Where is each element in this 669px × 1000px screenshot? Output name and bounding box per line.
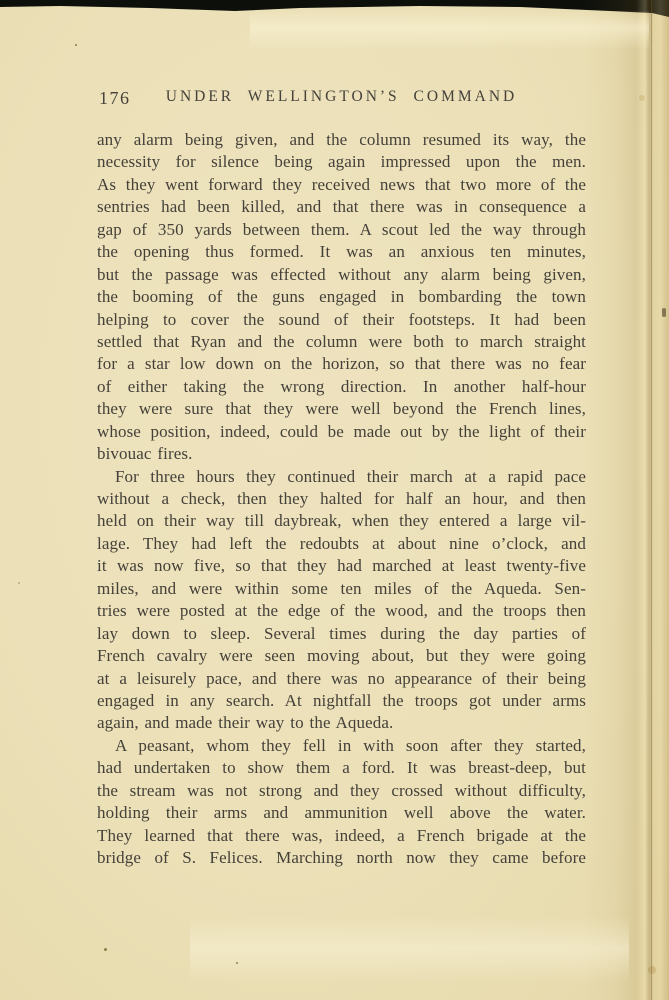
text-line: bridge of S. Felices. Marching north now… xyxy=(97,847,586,869)
text-line: the stream was not strong and they cross… xyxy=(97,780,586,802)
foxing-speck xyxy=(648,966,656,974)
text-line: had undertaken to show them a ford. It w… xyxy=(97,757,586,779)
foxing-speck xyxy=(18,582,20,584)
text-line: lage. They had left the redoubts at abou… xyxy=(97,533,586,555)
text-line: gap of 350 yards between them. A scout l… xyxy=(97,219,586,241)
text-line: they were sure that they were well beyon… xyxy=(97,398,586,420)
text-line: at a leisurely pace, and there was no ap… xyxy=(97,668,586,690)
running-title: UNDER WELLINGTON’S COMMAND xyxy=(166,88,517,105)
foxing-speck xyxy=(75,44,77,46)
page-edge-shadow xyxy=(583,0,669,1000)
text-line: of either taking the wrong direction. In… xyxy=(97,376,586,398)
paragraph: For three hours they continued their mar… xyxy=(97,466,586,735)
foxing-speck xyxy=(236,962,238,964)
book-page-scan: 176 UNDER WELLINGTON’S COMMAND any alarm… xyxy=(0,0,669,1000)
foxing-speck xyxy=(104,948,107,951)
text-line: engaged in any search. At nightfall the … xyxy=(97,690,586,712)
text-line: holding their arms and ammunition well a… xyxy=(97,802,586,824)
text-line: They learned that there was, indeed, a F… xyxy=(97,825,586,847)
paper-sheen-top xyxy=(250,10,649,50)
text-line: For three hours they continued their mar… xyxy=(97,466,586,488)
running-head: 176 UNDER WELLINGTON’S COMMAND xyxy=(97,88,586,112)
text-line: the opening thus formed. It was an anxio… xyxy=(97,241,586,263)
text-line: settled that Ryan and the column were bo… xyxy=(97,331,586,353)
text-line: it was now five, so that they had marche… xyxy=(97,555,586,577)
text-line: bivouac fires. xyxy=(97,443,586,465)
text-line: lay down to sleep. Several times during … xyxy=(97,623,586,645)
text-line: the booming of the guns engaged in bomba… xyxy=(97,286,586,308)
page-edge-crease xyxy=(651,0,652,1000)
page-number: 176 xyxy=(99,88,131,109)
paragraph: A peasant, whom they fell in with soon a… xyxy=(97,735,586,870)
text-line: for a star low down on the horizon, so t… xyxy=(97,353,586,375)
foxing-speck xyxy=(639,95,645,101)
paper-sheen-bottom xyxy=(190,916,629,982)
text-line: whose position, indeed, could be made ou… xyxy=(97,421,586,443)
text-line: miles, and were within some ten miles of… xyxy=(97,578,586,600)
body-text: any alarm being given, and the column re… xyxy=(97,129,586,869)
text-line: necessity for silence being again impres… xyxy=(97,151,586,173)
text-line: held on their way till daybreak, when th… xyxy=(97,510,586,532)
text-line: but the passage was effected without any… xyxy=(97,264,586,286)
text-line: As they went forward they received news … xyxy=(97,174,586,196)
text-line: again, and made their way to the Aqueda. xyxy=(97,712,586,734)
text-line: tries were posted at the edge of the woo… xyxy=(97,600,586,622)
text-line: sentries had been killed, and that there… xyxy=(97,196,586,218)
paragraph: any alarm being given, and the column re… xyxy=(97,129,586,466)
text-line: any alarm being given, and the column re… xyxy=(97,129,586,151)
text-line: helping to cover the sound of their foot… xyxy=(97,309,586,331)
page-edge-nick xyxy=(662,308,666,317)
text-line: French cavalry were seen moving about, b… xyxy=(97,645,586,667)
text-line: without a check, then they halted for ha… xyxy=(97,488,586,510)
text-line: A peasant, whom they fell in with soon a… xyxy=(97,735,586,757)
